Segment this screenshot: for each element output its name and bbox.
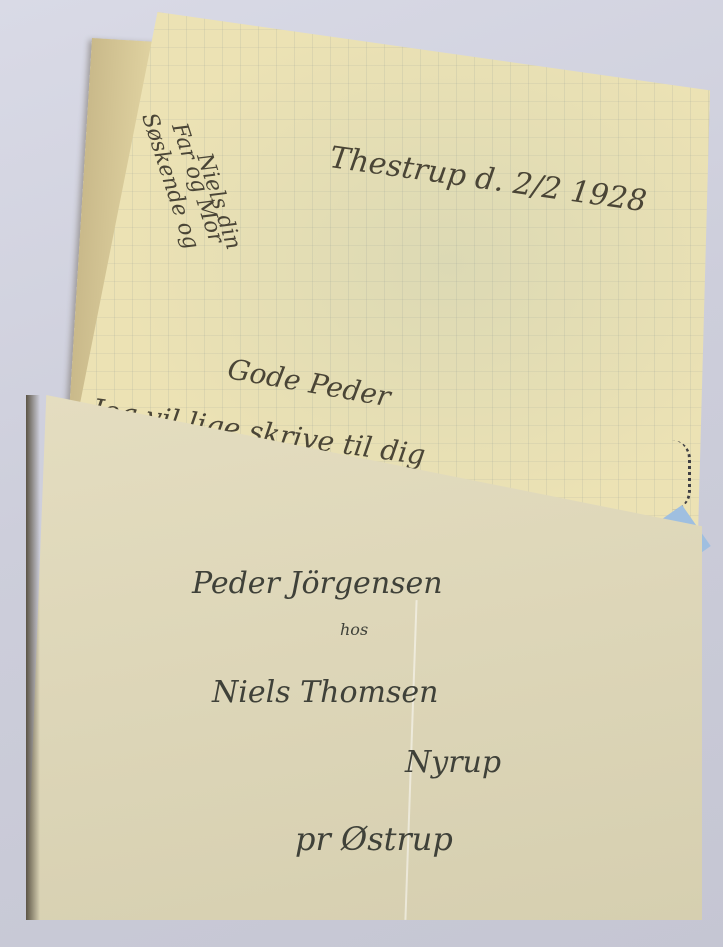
envelope-address-line: Niels Thomsen <box>212 675 438 710</box>
envelope-care-of: hos <box>340 620 368 639</box>
envelope-edge-shadow <box>26 395 40 920</box>
envelope-recipient: Peder Jörgensen <box>192 566 443 601</box>
envelope-address-line: Nyrup <box>405 745 501 780</box>
postmark-stamp-edge <box>672 440 691 510</box>
envelope-address-line: pr Østrup <box>295 820 453 858</box>
